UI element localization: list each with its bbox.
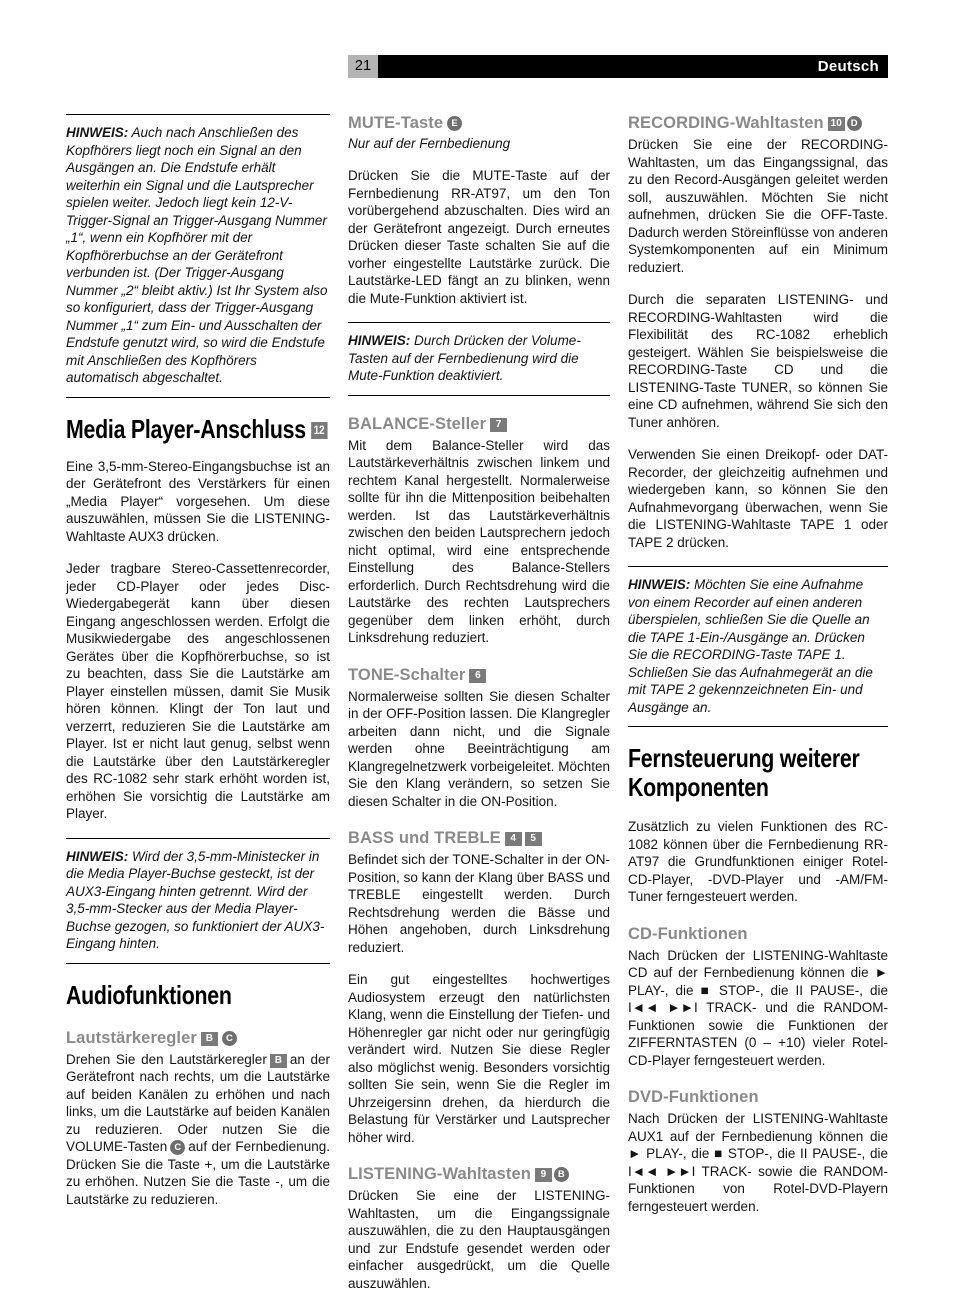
remote-badge-C: C xyxy=(222,1031,237,1046)
section-heading-audio-functions: Audiofunktionen xyxy=(66,981,330,1010)
page-header: 21 Deutsch xyxy=(348,55,888,78)
listening-paragraph: Drücken Sie eine der LISTENING-Wahltaste… xyxy=(348,1187,610,1292)
recording-paragraph-3: Verwenden Sie einen Dreikopf- oder DAT-R… xyxy=(628,446,888,551)
note-aux3-input: HINWEIS: Wird der 3,5-mm-Ministecker in … xyxy=(66,838,330,964)
subheading-tone: TONE-Schalter6 xyxy=(348,666,610,685)
language-label: Deutsch xyxy=(378,55,888,78)
mute-subtitle: Nur auf der Fernbedienung xyxy=(348,136,610,151)
section-heading-remote-control: Fernsteuerung weiterer Komponenten xyxy=(628,744,888,802)
paragraph-text: Drehen Sie den Lautstärkeregler xyxy=(66,1052,267,1067)
remote-badge-C-inline: C xyxy=(170,1140,185,1155)
section-heading-text: Media Player-Anschluss12 xyxy=(66,415,330,444)
section-heading-text: Fernsteuerung weiterer Komponenten xyxy=(628,744,888,802)
subheading-text: MUTE-Taste xyxy=(348,114,443,132)
front-panel-badge-7: 7 xyxy=(490,418,507,432)
subheading-text: RECORDING-Wahltasten xyxy=(628,114,824,132)
subheading-text: Lautstärkeregler xyxy=(66,1029,197,1047)
bass-treble-paragraph-1: Befindet sich der TONE-Schalter in der O… xyxy=(348,851,610,956)
section-heading-text: Audiofunktionen xyxy=(66,981,330,1010)
remote-badge-B: B xyxy=(554,1167,569,1182)
left-column: HINWEIS: Auch nach Anschließen des Kopfh… xyxy=(66,114,330,1223)
note-text: Möchten Sie eine Aufnahme von einem Reco… xyxy=(628,577,873,715)
subheading-cd-functions: CD-Funktionen xyxy=(628,925,888,944)
media-player-paragraph-1: Eine 3,5-mm-Stereo-Eingangsbuchse ist an… xyxy=(66,458,330,546)
note-label: HINWEIS: xyxy=(628,577,690,592)
cd-functions-paragraph: Nach Drücken der LISTENING-Wahltaste CD … xyxy=(628,947,888,1070)
subheading-recording: RECORDING-Wahltasten10D xyxy=(628,114,888,133)
mute-paragraph: Drücken Sie die MUTE-Taste auf der Fernb… xyxy=(348,167,610,307)
heading-text: Media Player-Anschluss xyxy=(66,414,306,444)
note-text: Auch nach Anschließen des Kopfhörers lie… xyxy=(66,125,328,385)
dvd-functions-paragraph: Nach Drücken der LISTENING-Wahltaste AUX… xyxy=(628,1110,888,1215)
remote-badge-E: E xyxy=(447,116,462,131)
middle-column: MUTE-TasteE Nur auf der Fernbedienung Dr… xyxy=(348,114,610,1307)
media-player-paragraph-2: Jeder tragbare Stereo-Cassettenrecorder,… xyxy=(66,560,330,823)
subheading-mute: MUTE-TasteE xyxy=(348,114,610,133)
subheading-text: BALANCE-Steller xyxy=(348,415,486,433)
front-panel-badge-10: 10 xyxy=(828,117,845,131)
tone-paragraph: Normalerweise sollten Sie diesen Schalte… xyxy=(348,688,610,811)
remote-badge-D: D xyxy=(847,116,862,131)
balance-paragraph: Mit dem Balance-Steller wird das Lautstä… xyxy=(348,437,610,647)
subheading-balance: BALANCE-Steller7 xyxy=(348,415,610,434)
panel-ref-badge-12: 12 xyxy=(311,422,327,439)
subheading-text: LISTENING-Wahltasten xyxy=(348,1165,531,1183)
section-heading-media-player: Media Player-Anschluss12 xyxy=(66,415,330,444)
front-panel-badge-B-inline: B xyxy=(270,1054,287,1068)
note-headphone-trigger: HINWEIS: Auch nach Anschließen des Kopfh… xyxy=(66,114,330,398)
note-label: HINWEIS: xyxy=(66,125,128,140)
front-panel-badge-6: 6 xyxy=(469,669,486,683)
volume-paragraph: Drehen Sie den LautstärkereglerBan der G… xyxy=(66,1051,330,1209)
right-column: RECORDING-Wahltasten10D Drücken Sie eine… xyxy=(628,114,888,1230)
page-number: 21 xyxy=(348,55,378,78)
subheading-text: BASS und TREBLE xyxy=(348,829,501,847)
note-tape-copy: HINWEIS: Möchten Sie eine Aufnahme von e… xyxy=(628,566,888,727)
bass-treble-paragraph-2: Ein gut eingestelltes hochwertiges Audio… xyxy=(348,971,610,1146)
note-mute-deactivate: HINWEIS: Durch Drücken der Volume-Tasten… xyxy=(348,322,610,396)
front-panel-badge-5: 5 xyxy=(525,832,542,846)
recording-paragraph-2: Durch die separaten LISTENING- und RECOR… xyxy=(628,291,888,431)
recording-paragraph-1: Drücken Sie eine der RECORDING-Wahltaste… xyxy=(628,136,888,276)
note-label: HINWEIS: xyxy=(348,333,410,348)
front-panel-badge-4: 4 xyxy=(505,832,522,846)
note-label: HINWEIS: xyxy=(66,849,128,864)
remote-control-paragraph: Zusätzlich zu vielen Funktionen des RC-1… xyxy=(628,818,888,906)
front-panel-badge-9: 9 xyxy=(535,1168,552,1182)
subheading-text: TONE-Schalter xyxy=(348,666,465,684)
subheading-bass-treble: BASS und TREBLE45 xyxy=(348,829,610,848)
front-panel-badge-B: B xyxy=(201,1032,218,1046)
subheading-listening: LISTENING-Wahltasten9B xyxy=(348,1165,610,1184)
subheading-volume: LautstärkereglerBC xyxy=(66,1029,330,1048)
subheading-dvd-functions: DVD-Funktionen xyxy=(628,1088,888,1107)
